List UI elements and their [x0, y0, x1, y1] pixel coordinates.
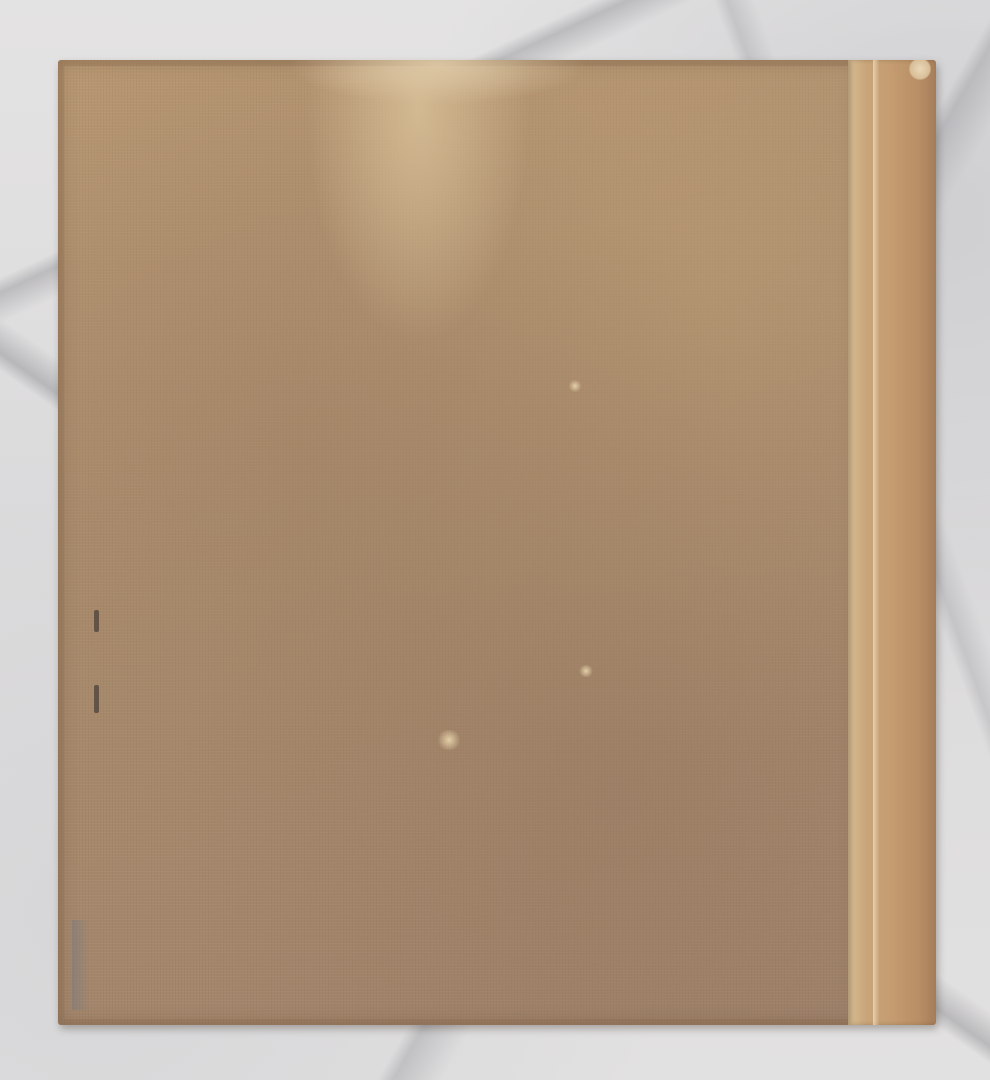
book [58, 60, 936, 1025]
scuff-mark [568, 380, 582, 392]
water-stain [288, 60, 588, 105]
book-back-cover [58, 60, 858, 1025]
scuff-mark [578, 665, 594, 677]
spine-ridge [873, 60, 879, 1025]
corner-wear [72, 920, 90, 1010]
book-spine [848, 60, 936, 1025]
edge-mark [94, 610, 99, 632]
edge-mark [94, 685, 99, 713]
scuff-mark [436, 730, 462, 750]
